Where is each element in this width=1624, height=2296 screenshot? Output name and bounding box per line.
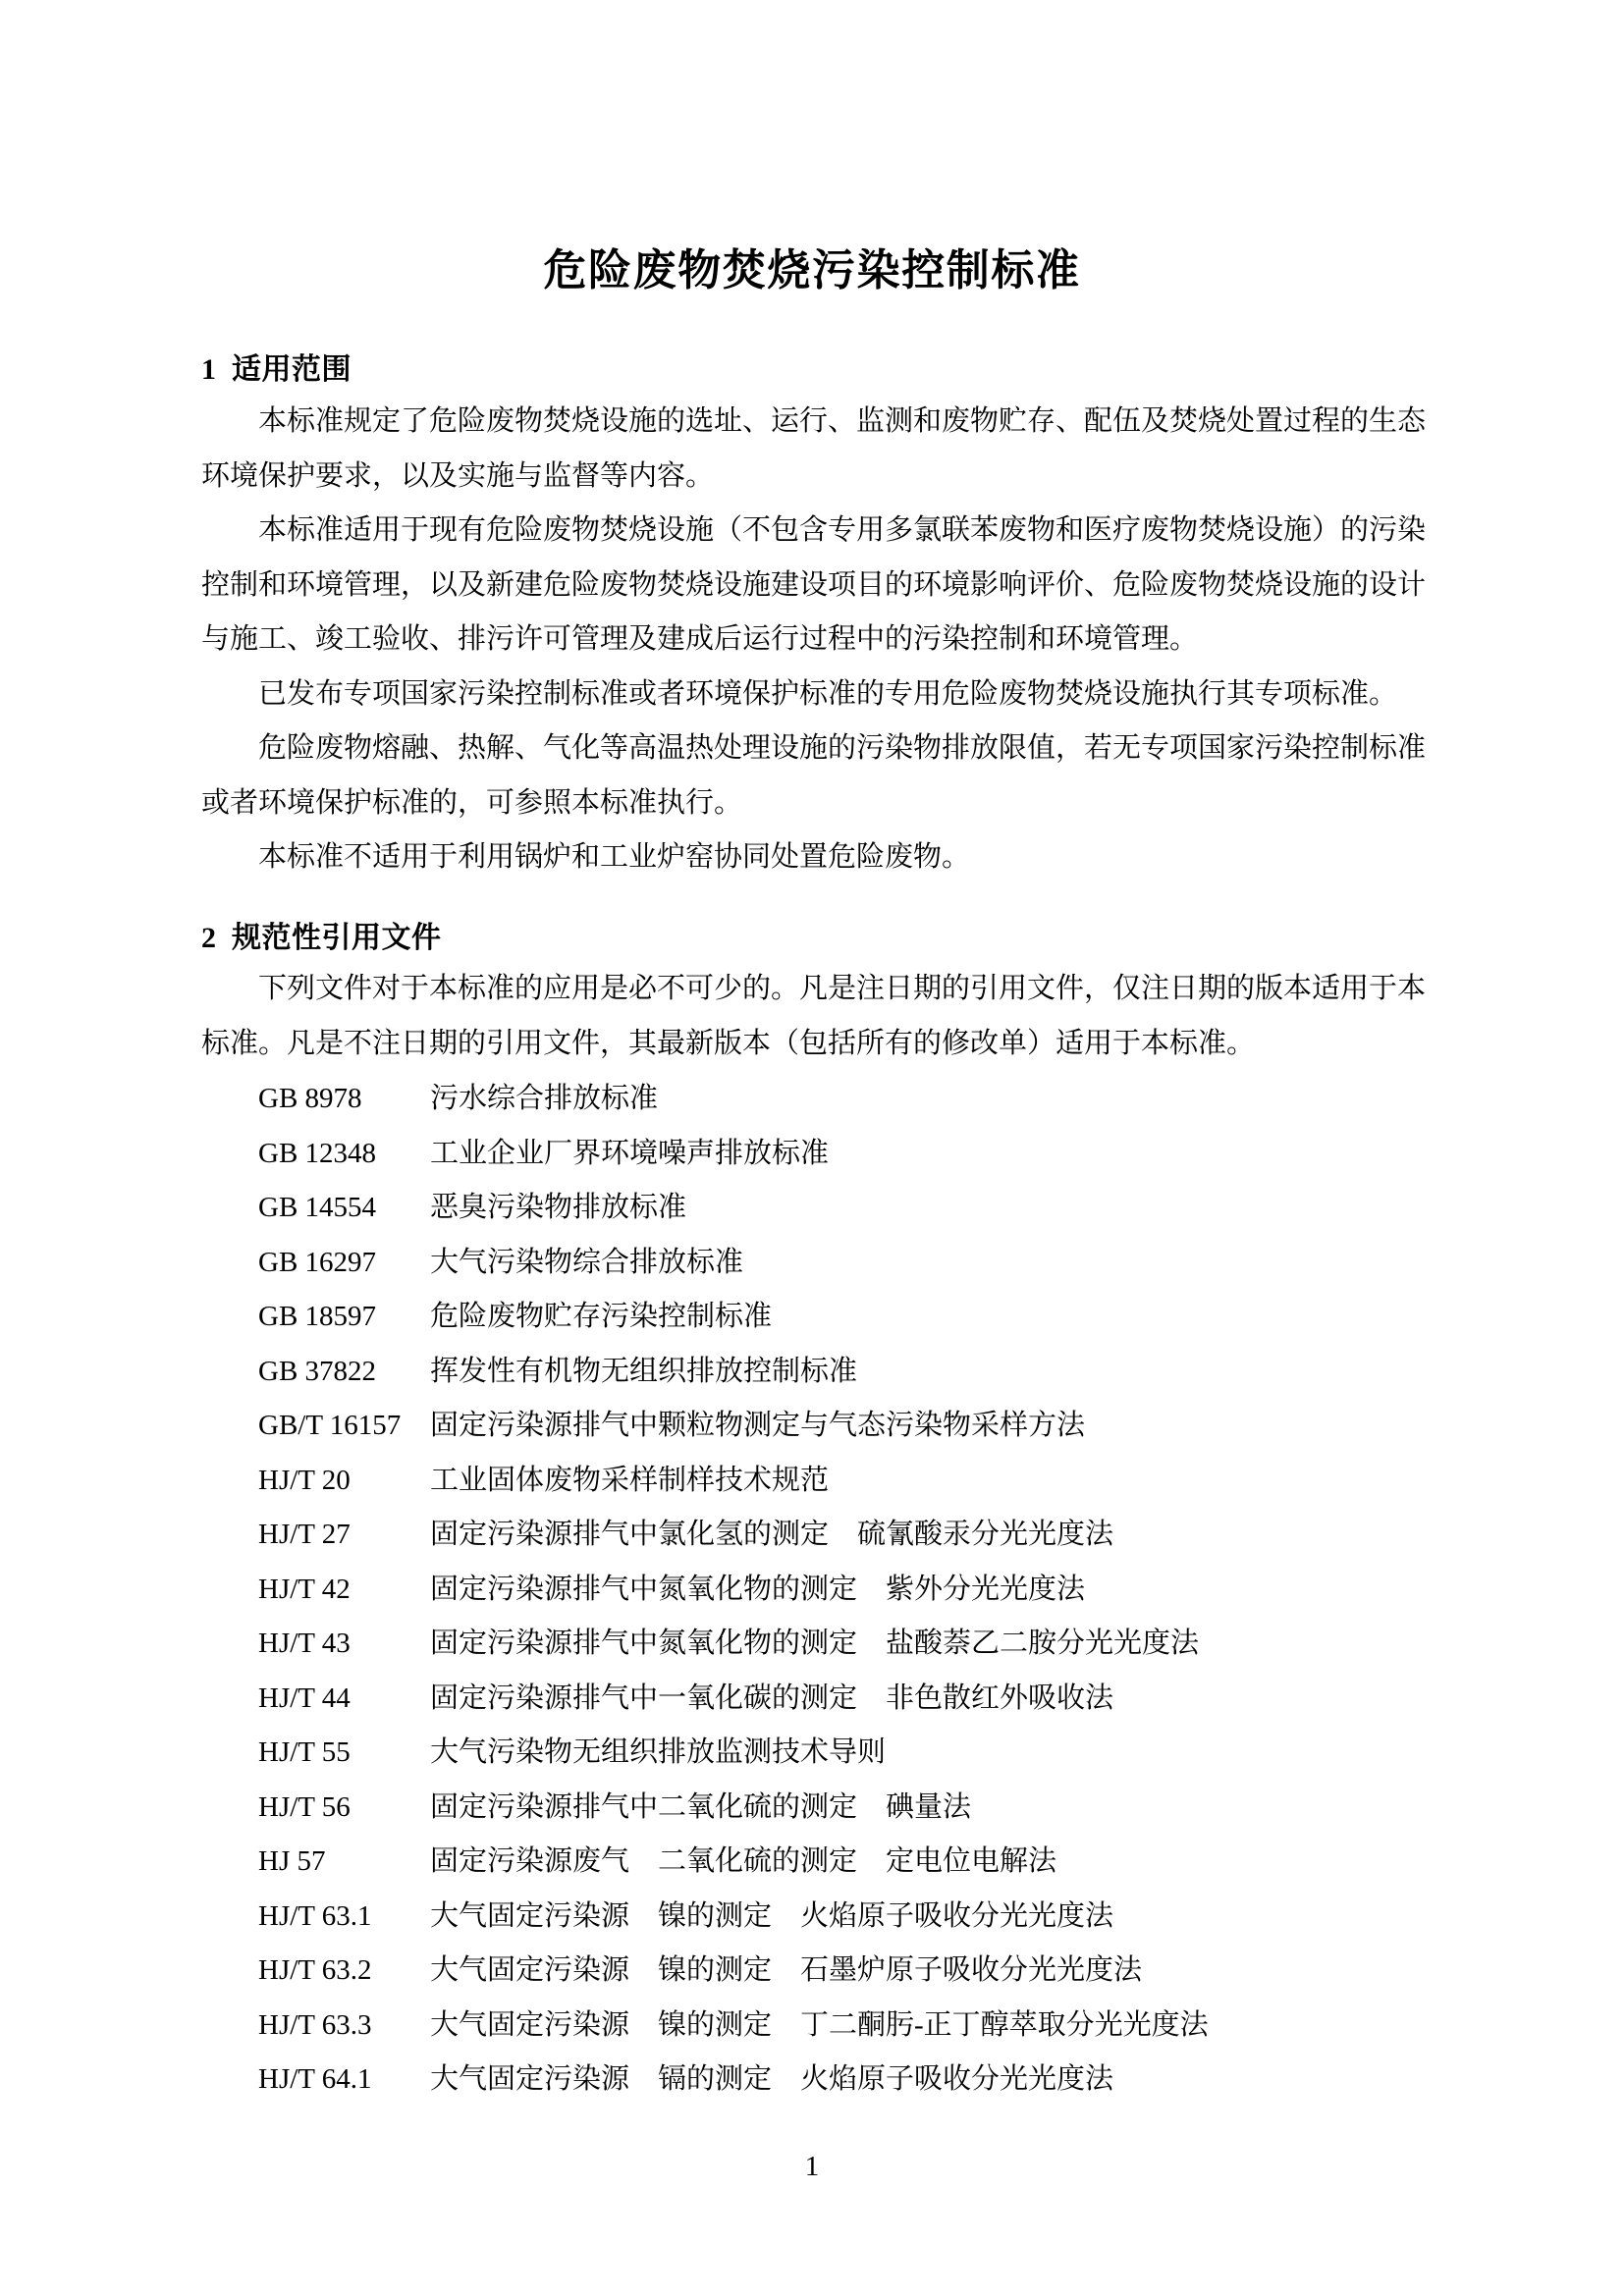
section-2-body: 下列文件对于本标准的应用是必不可少的。凡是注日期的引用文件，仅注日期的版本适用于…	[201, 962, 1426, 1071]
reference-code: HJ/T 43	[258, 1617, 351, 1672]
reference-code: HJ/T 63.2	[258, 1944, 371, 1999]
reference-title: 大气固定污染源 镍的测定 丁二酮肟-正丁醇萃取分光光度法	[430, 2009, 1209, 2041]
reference-code: GB 8978	[258, 1072, 362, 1127]
reference-title: 固定污染源排气中氮氧化物的测定 盐酸萘乙二胺分光光度法	[430, 1628, 1199, 1659]
reference-item: HJ/T 55大气污染物无组织排放监测技术导则	[201, 1726, 1426, 1781]
reference-item: HJ 57固定污染源废气 二氧化硫的测定 定电位电解法	[201, 1835, 1426, 1890]
reference-code: HJ/T 64.1	[258, 2053, 371, 2108]
document-title: 危险废物焚烧污染控制标准	[0, 245, 1624, 296]
section-1-number: 1	[201, 353, 216, 386]
reference-code: HJ 57	[258, 1835, 325, 1890]
reference-title: 固定污染源排气中氯化氢的测定 硫氰酸汞分光光度法	[430, 1519, 1113, 1550]
reference-code: HJ/T 42	[258, 1563, 351, 1618]
reference-title: 固定污染源排气中一氧化碳的测定 非色散红外吸收法	[430, 1682, 1113, 1714]
reference-code: HJ/T 20	[258, 1454, 351, 1509]
reference-title: 工业企业厂界环境噪声排放标准	[430, 1138, 829, 1169]
paragraph: 本标准规定了危险废物焚烧设施的选址、运行、监测和废物贮存、配伍及焚烧处置过程的生…	[201, 395, 1426, 504]
reference-code: GB 14554	[258, 1181, 376, 1236]
reference-title: 挥发性有机物无组织排放控制标准	[430, 1356, 857, 1387]
normative-references-list: GB 8978污水综合排放标准 GB 12348工业企业厂界环境噪声排放标准 G…	[201, 1072, 1426, 2108]
reference-item: GB 8978污水综合排放标准	[201, 1072, 1426, 1127]
reference-title: 恶臭污染物排放标准	[430, 1192, 686, 1223]
reference-code: GB 37822	[258, 1345, 376, 1400]
reference-code: HJ/T 63.1	[258, 1890, 371, 1945]
section-2-number: 2	[201, 922, 216, 954]
section-1-heading: 1适用范围	[201, 350, 352, 390]
section-2-heading: 2规范性引用文件	[201, 919, 442, 958]
section-2-title: 规范性引用文件	[232, 922, 442, 954]
section-1-title: 适用范围	[232, 353, 352, 386]
reference-code: GB/T 16157	[258, 1399, 401, 1454]
reference-item: GB 16297大气污染物综合排放标准	[201, 1236, 1426, 1291]
paragraph: 本标准适用于现有危险废物焚烧设施（不包含专用多氯联苯废物和医疗废物焚烧设施）的污…	[201, 504, 1426, 667]
reference-item: HJ/T 63.3大气固定污染源 镍的测定 丁二酮肟-正丁醇萃取分光光度法	[201, 1999, 1426, 2054]
reference-code: HJ/T 63.3	[258, 1999, 371, 2054]
reference-item: HJ/T 63.1大气固定污染源 镍的测定 火焰原子吸收分光光度法	[201, 1890, 1426, 1945]
reference-item: HJ/T 27固定污染源排气中氯化氢的测定 硫氰酸汞分光光度法	[201, 1508, 1426, 1563]
reference-code: HJ/T 27	[258, 1508, 351, 1563]
reference-item: GB 18597危险废物贮存污染控制标准	[201, 1290, 1426, 1345]
reference-item: HJ/T 44固定污染源排气中一氧化碳的测定 非色散红外吸收法	[201, 1672, 1426, 1727]
reference-item: HJ/T 56固定污染源排气中二氧化硫的测定 碘量法	[201, 1781, 1426, 1836]
reference-title: 大气固定污染源 镉的测定 火焰原子吸收分光光度法	[430, 2063, 1113, 2095]
reference-item: GB/T 16157固定污染源排气中颗粒物测定与气态污染物采样方法	[201, 1399, 1426, 1454]
reference-item: HJ/T 63.2大气固定污染源 镍的测定 石墨炉原子吸收分光光度法	[201, 1944, 1426, 1999]
reference-title: 大气固定污染源 镍的测定 石墨炉原子吸收分光光度法	[430, 1954, 1142, 1986]
paragraph: 本标准不适用于利用锅炉和工业炉窑协同处置危险废物。	[201, 830, 1426, 885]
reference-item: GB 14554恶臭污染物排放标准	[201, 1181, 1426, 1236]
reference-title: 固定污染源排气中二氧化硫的测定 碘量法	[430, 1791, 971, 1823]
reference-title: 固定污染源排气中氮氧化物的测定 紫外分光光度法	[430, 1574, 1085, 1605]
reference-title: 固定污染源排气中颗粒物测定与气态污染物采样方法	[430, 1410, 1085, 1441]
page-number: 1	[0, 2150, 1624, 2183]
reference-title: 大气污染物无组织排放监测技术导则	[430, 1736, 886, 1768]
reference-title: 污水综合排放标准	[430, 1083, 658, 1114]
document-page: 危险废物焚烧污染控制标准 1适用范围 本标准规定了危险废物焚烧设施的选址、运行、…	[0, 0, 1624, 2296]
reference-item: HJ/T 43固定污染源排气中氮氧化物的测定 盐酸萘乙二胺分光光度法	[201, 1617, 1426, 1672]
reference-item: HJ/T 20工业固体废物采样制样技术规范	[201, 1454, 1426, 1509]
reference-title: 危险废物贮存污染控制标准	[430, 1301, 772, 1332]
reference-title: 大气固定污染源 镍的测定 火焰原子吸收分光光度法	[430, 1900, 1113, 1932]
paragraph: 已发布专项国家污染控制标准或者环境保护标准的专用危险废物焚烧设施执行其专项标准。	[201, 667, 1426, 722]
paragraph: 危险废物熔融、热解、气化等高温热处理设施的污染物排放限值，若无专项国家污染控制标…	[201, 721, 1426, 830]
reference-title: 工业固体废物采样制样技术规范	[430, 1465, 829, 1496]
reference-code: HJ/T 55	[258, 1726, 351, 1781]
section-1-body: 本标准规定了危险废物焚烧设施的选址、运行、监测和废物贮存、配伍及焚烧处置过程的生…	[201, 395, 1426, 885]
reference-title: 固定污染源废气 二氧化硫的测定 定电位电解法	[430, 1845, 1056, 1877]
reference-item: HJ/T 64.1大气固定污染源 镉的测定 火焰原子吸收分光光度法	[201, 2053, 1426, 2108]
paragraph: 下列文件对于本标准的应用是必不可少的。凡是注日期的引用文件，仅注日期的版本适用于…	[201, 962, 1426, 1071]
reference-code: HJ/T 44	[258, 1672, 351, 1727]
reference-item: GB 12348工业企业厂界环境噪声排放标准	[201, 1127, 1426, 1182]
reference-item: GB 37822挥发性有机物无组织排放控制标准	[201, 1345, 1426, 1400]
reference-title: 大气污染物综合排放标准	[430, 1247, 743, 1278]
reference-code: GB 18597	[258, 1290, 376, 1345]
reference-code: GB 12348	[258, 1127, 376, 1182]
reference-item: HJ/T 42固定污染源排气中氮氧化物的测定 紫外分光光度法	[201, 1563, 1426, 1618]
reference-code: HJ/T 56	[258, 1781, 351, 1836]
reference-code: GB 16297	[258, 1236, 376, 1291]
